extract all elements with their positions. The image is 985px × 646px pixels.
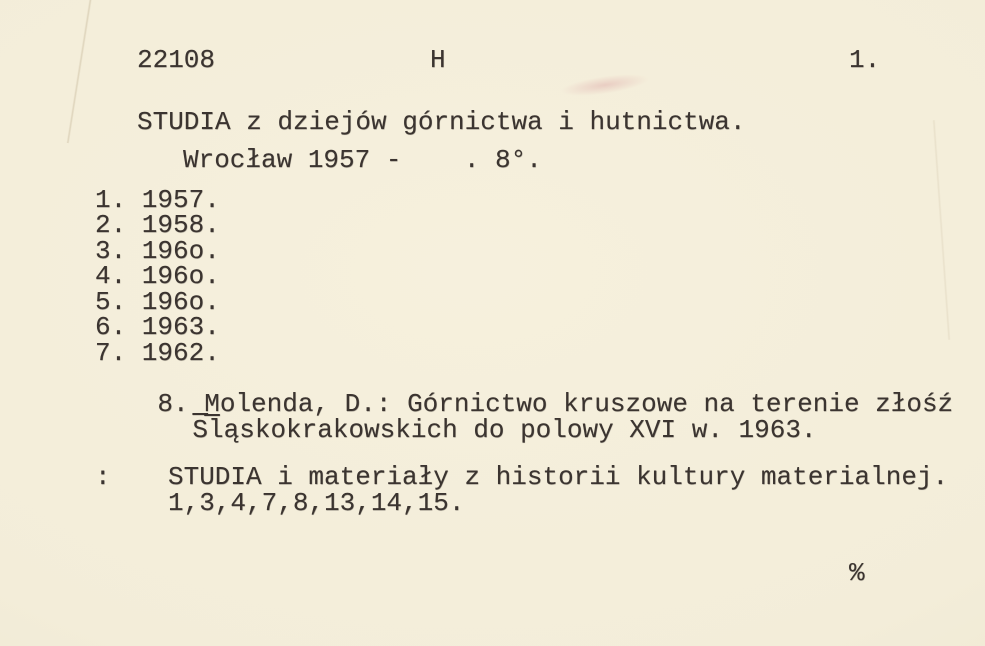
completeness-mark: % (849, 560, 865, 586)
paper-crease (66, 0, 92, 143)
holdings-entry-2: 2. 1958. (95, 212, 220, 238)
catalog-card: 22108 H 1. STUDIA z dziejów górnictwa i … (0, 0, 985, 646)
series-note-title: STUDIA i materiały z historii kultury ma… (168, 464, 948, 490)
entry8-continuation-text: ląskokrakowskich do polowy XVI w. 1963. (208, 415, 817, 445)
holdings-entry-8-continuation: Sląskokrakowskich do polowy XVI w. 1963. (130, 391, 817, 469)
series-title: STUDIA z dziejów górnictwa i hutnictwa. (137, 109, 746, 135)
section-letter: H (430, 47, 446, 73)
paper-crease (932, 120, 950, 340)
holdings-entry-6: 6. 1963. (95, 314, 220, 340)
series-note-numbers: 1,3,4,7,8,13,14,15. (168, 490, 464, 516)
call-number: 22108 (137, 47, 215, 73)
holdings-entry-4: 4. 196o. (95, 263, 220, 289)
imprint-line: Wrocław 1957 - . 8°. (183, 147, 542, 173)
entry8-overlined-letter: S (192, 415, 208, 445)
holdings-entry-7: 7. 1962. (95, 340, 220, 366)
card-number: 1. (849, 47, 880, 73)
paper-smudge (559, 70, 651, 100)
series-note-colon: : (95, 464, 111, 490)
